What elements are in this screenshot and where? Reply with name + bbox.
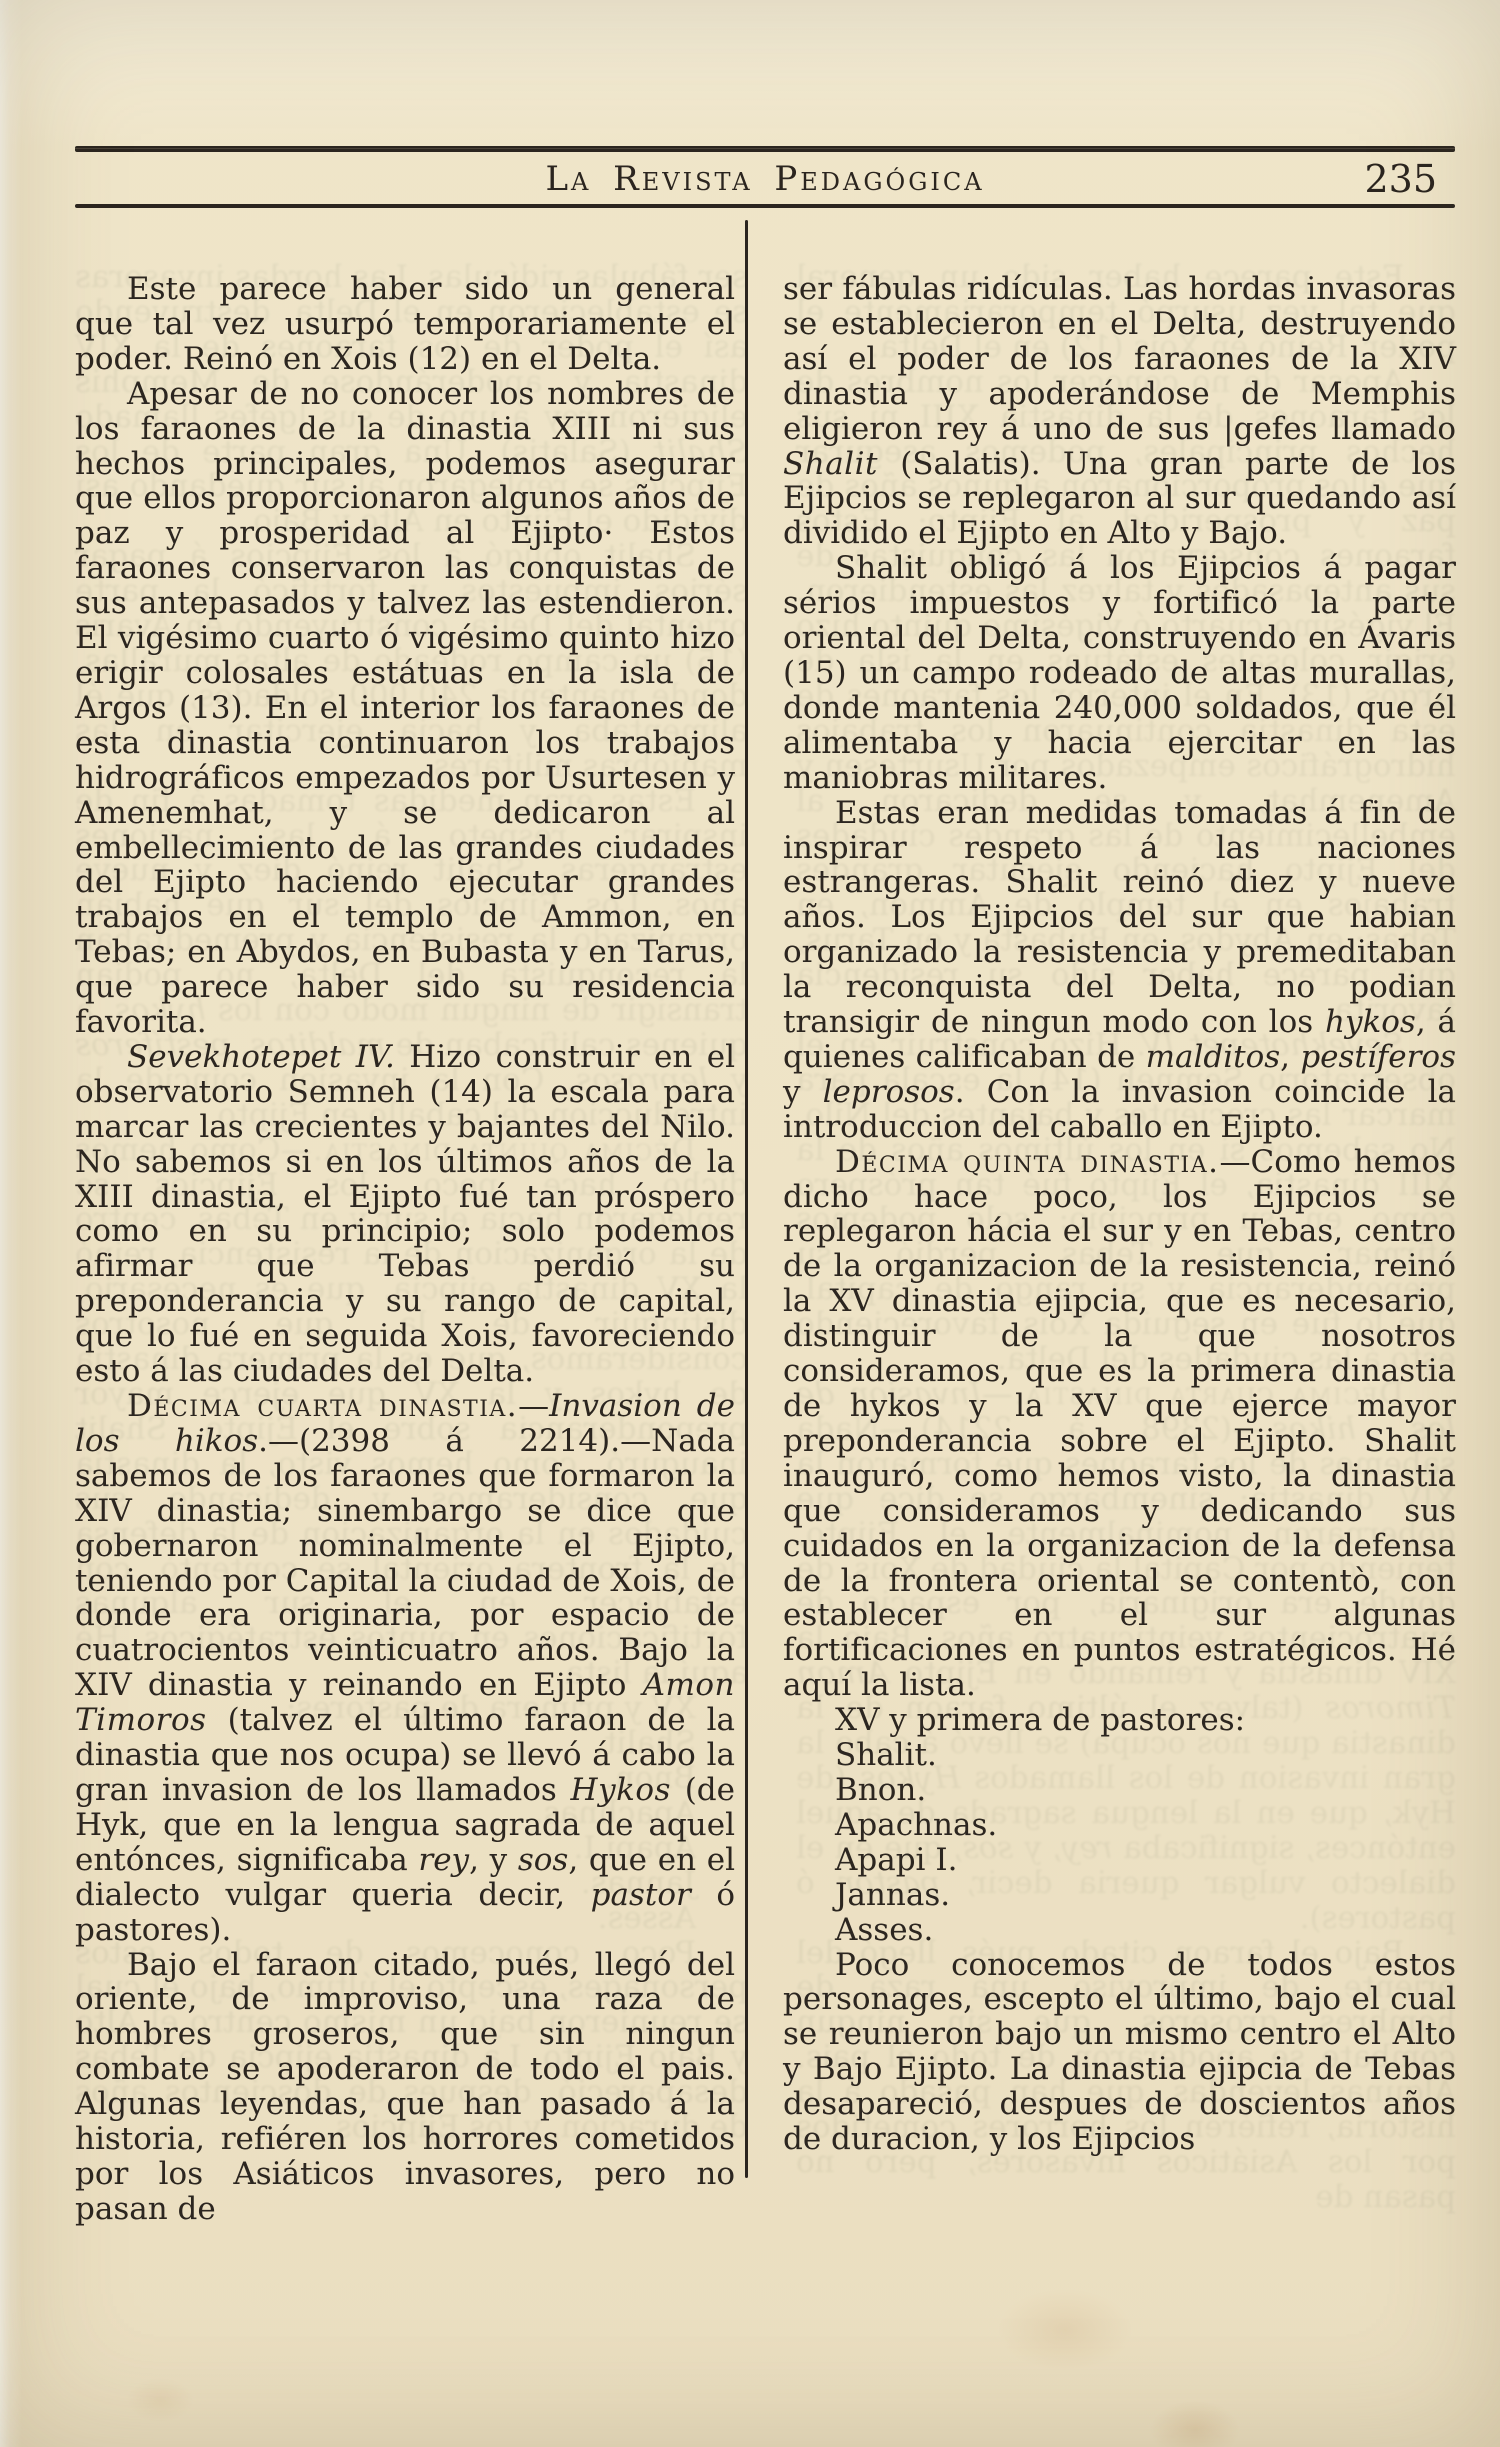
right-column: ser fábulas ridículas. Las hordas invaso… <box>783 272 1456 2227</box>
left-column: Este parece haber sido un general que ta… <box>75 272 735 2227</box>
list-item: Jannas. <box>783 1878 1456 1913</box>
list-item: Shalit. <box>783 1738 1456 1773</box>
list-item: Apachnas. <box>783 1808 1456 1843</box>
list-item: Apapi I. <box>783 1843 1456 1878</box>
paragraph: Shalit obligó á los Ejipcios á pagar sér… <box>783 551 1456 795</box>
header-rule-top <box>75 146 1455 152</box>
text-columns: Este parece haber sido un general que ta… <box>75 272 1456 2227</box>
paragraph: Sevekhotepet IV. Hizo construir en el ob… <box>75 1040 735 1389</box>
paragraph: ser fábulas ridículas. Las hordas invaso… <box>783 272 1456 551</box>
journal-title: La Revista Pedagógica <box>75 156 1455 202</box>
book-page: Este parece haber sido un general que ta… <box>0 0 1500 2447</box>
paragraph: Bajo el faraon citado, pués, llegó del o… <box>75 1948 735 2227</box>
paragraph: Este parece haber sido un general que ta… <box>75 272 735 377</box>
list-item: Asses. <box>783 1913 1456 1948</box>
page-header: La Revista Pedagógica 235 <box>75 156 1455 202</box>
page-number: 235 <box>1364 156 1437 202</box>
paragraph: Décima quinta dinastia.—Como hemos dicho… <box>783 1145 1456 1704</box>
paragraph: Apesar de no conocer los nombres de los … <box>75 377 735 1040</box>
list-item: XV y primera de pastores: <box>783 1703 1456 1738</box>
paragraph: Poco conocemos de todos estos personages… <box>783 1948 1456 2157</box>
paragraph: Estas eran medidas tomadas á fin de insp… <box>783 796 1456 1145</box>
list-item: Bnon. <box>783 1773 1456 1808</box>
paragraph: Décima cuarta dinastia.—Invasion de los … <box>75 1389 735 1948</box>
header-rule-bottom <box>75 204 1455 208</box>
